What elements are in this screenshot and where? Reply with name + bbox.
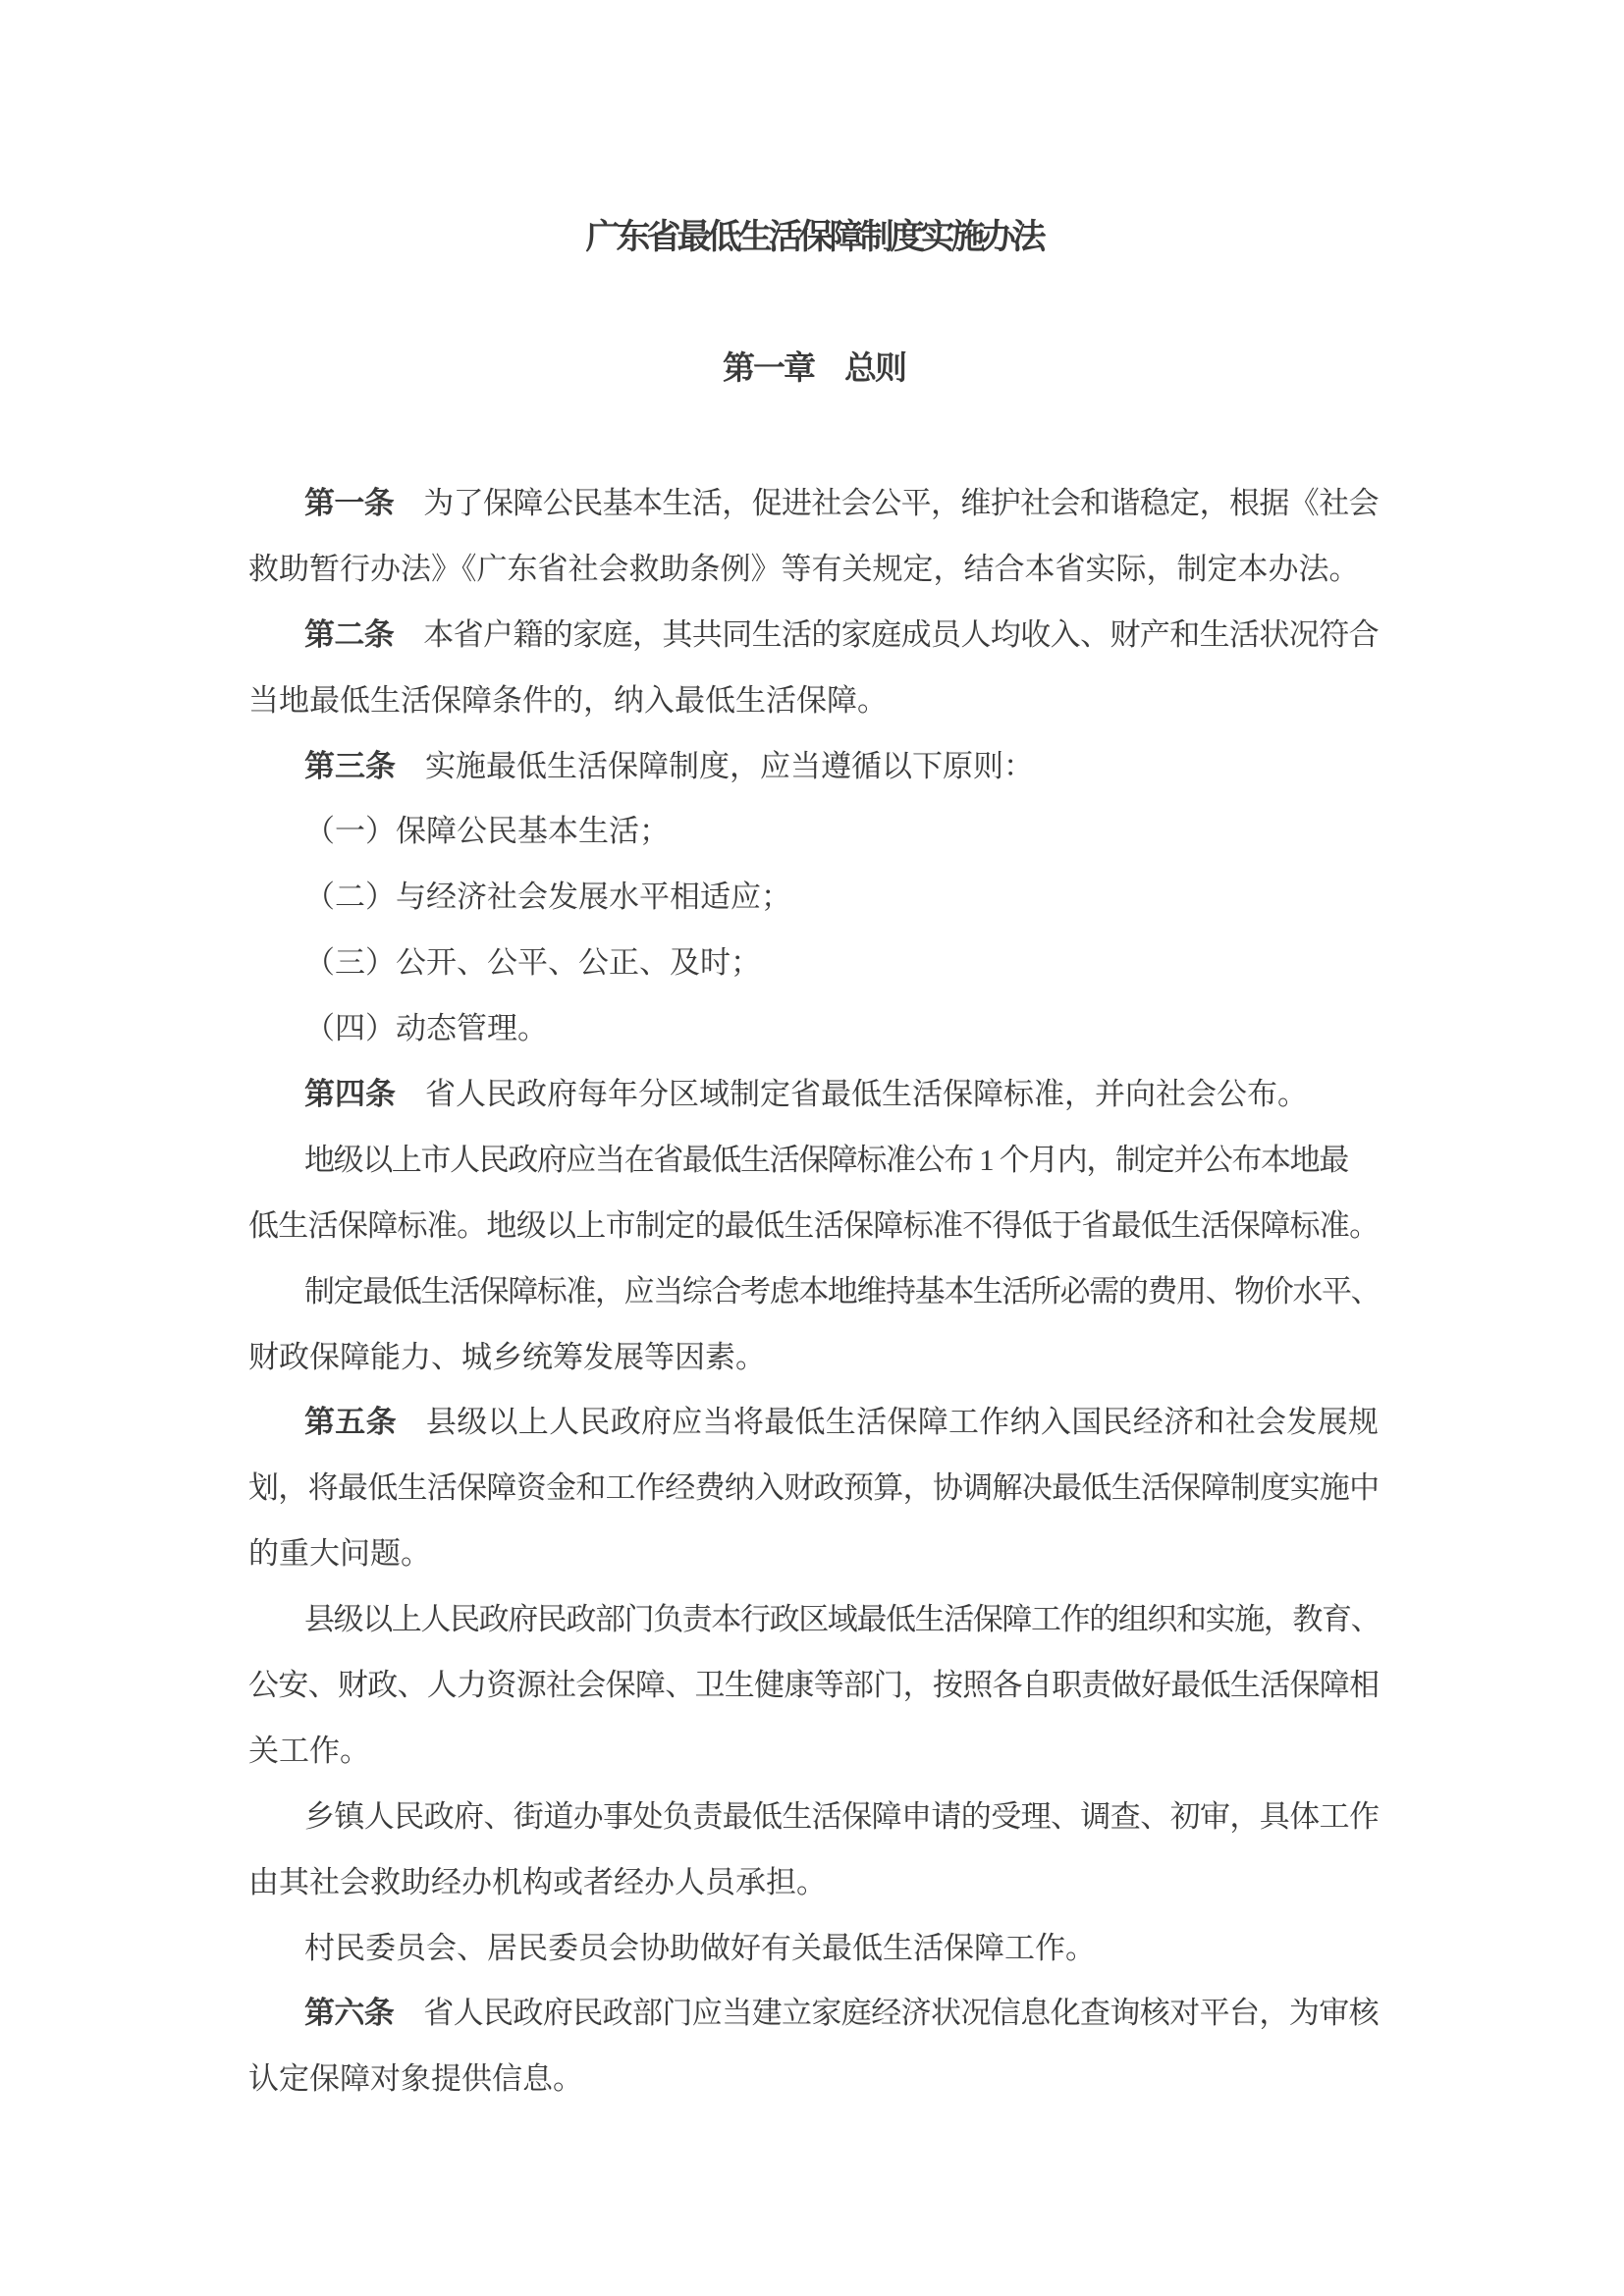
line-text: （四）动态管理。 xyxy=(304,1011,548,1045)
line-text: 实施最低生活保障制度，应当遵循以下原则： xyxy=(425,749,1034,783)
line-text: 省人民政府每年分区域制定省最低生活保障标准，并向社会公布。 xyxy=(425,1077,1308,1111)
line-text: （一）保障公民基本生活； xyxy=(304,814,670,848)
line-text: 村民委员会、居民委员会协助做好有关最低生活保障工作。 xyxy=(304,1931,1096,1965)
body-line: 财政保障能力、城乡统筹发展等因素。 xyxy=(248,1325,1380,1391)
line-text: 省人民政府民政部门应当建立家庭经济状况信息化查询核对平台，为审核 xyxy=(423,1996,1379,2030)
body-line: 关工作。 xyxy=(248,1719,1380,1785)
body-line: （四）动态管理。 xyxy=(248,996,1380,1062)
line-text: 县级以上人民政府应当将最低生活保障工作纳入国民经济和社会发展规 xyxy=(426,1405,1379,1439)
line-text: 的重大问题。 xyxy=(248,1536,431,1571)
article-number: 第三条 xyxy=(304,749,396,783)
line-text: 关工作。 xyxy=(248,1734,370,1768)
document-title: 广东省最低生活保障制度实施办法 xyxy=(248,214,1380,261)
line-text: 地级以上市人民政府应当在省最低生活保障标准公布 1 个月内，制定并公布本地最 xyxy=(304,1143,1348,1177)
line-text: 低生活保障标准。地级以上市制定的最低生活保障标准不得低于省最低生活保障标准。 xyxy=(248,1208,1379,1243)
body-line: 当地最低生活保障条件的，纳入最低生活保障。 xyxy=(248,668,1380,734)
line-text: 划，将最低生活保障资金和工作经费纳入财政预算，协调解决最低生活保障制度实施中 xyxy=(248,1470,1379,1505)
article-number: 第一条 xyxy=(304,486,394,520)
body-line: 第二条本省户籍的家庭，其共同生活的家庭成员人均收入、财产和生活状况符合 xyxy=(248,603,1380,668)
body-line: 低生活保障标准。地级以上市制定的最低生活保障标准不得低于省最低生活保障标准。 xyxy=(248,1194,1380,1259)
body-line: 第四条省人民政府每年分区域制定省最低生活保障标准，并向社会公布。 xyxy=(248,1062,1380,1128)
line-text: 制定最低生活保障标准，应当综合考虑本地维持基本生活所必需的费用、物价水平、 xyxy=(304,1274,1380,1308)
line-text: 为了保障公民基本生活，促进社会公平，维护社会和谐稳定，根据《社会 xyxy=(423,486,1379,520)
body-line: 制定最低生活保障标准，应当综合考虑本地维持基本生活所必需的费用、物价水平、 xyxy=(248,1259,1380,1325)
chapter-heading: 第一章 总则 xyxy=(248,347,1380,392)
line-text: 救助暂行办法》《广东省社会救助条例》等有关规定，结合本省实际，制定本办法。 xyxy=(248,552,1360,586)
body-line: 公安、财政、人力资源社会保障、卫生健康等部门，按照各自职责做好最低生活保障相 xyxy=(248,1653,1380,1719)
document-body: 第一条为了保障公民基本生活，促进社会公平，维护社会和谐稳定，根据《社会 救助暂行… xyxy=(248,471,1380,2112)
body-line: （三）公开、公平、公正、及时； xyxy=(248,931,1380,996)
body-line: 救助暂行办法》《广东省社会救助条例》等有关规定，结合本省实际，制定本办法。 xyxy=(248,537,1380,603)
body-line: 的重大问题。 xyxy=(248,1522,1380,1587)
article-number: 第二条 xyxy=(304,617,394,652)
line-text: 由其社会救助经办机构或者经办人员承担。 xyxy=(248,1865,827,1899)
article-number: 第六条 xyxy=(304,1996,394,2030)
body-line: （一）保障公民基本生活； xyxy=(248,799,1380,865)
line-text: 公安、财政、人力资源社会保障、卫生健康等部门，按照各自职责做好最低生活保障相 xyxy=(248,1668,1379,1702)
line-text: （二）与经济社会发展水平相适应； xyxy=(304,880,791,914)
article-number: 第四条 xyxy=(304,1077,396,1111)
body-line: 划，将最低生活保障资金和工作经费纳入财政预算，协调解决最低生活保障制度实施中 xyxy=(248,1456,1380,1522)
line-text: 县级以上人民政府民政部门负责本行政区域最低生活保障工作的组织和实施，教育、 xyxy=(304,1602,1380,1636)
body-line: 地级以上市人民政府应当在省最低生活保障标准公布 1 个月内，制定并公布本地最 xyxy=(248,1128,1380,1194)
body-line: 第六条省人民政府民政部门应当建立家庭经济状况信息化查询核对平台，为审核 xyxy=(248,1981,1380,2047)
line-text: （三）公开、公平、公正、及时； xyxy=(304,945,761,980)
body-line: 第一条为了保障公民基本生活，促进社会公平，维护社会和谐稳定，根据《社会 xyxy=(248,471,1380,537)
line-text: 财政保障能力、城乡统筹发展等因素。 xyxy=(248,1340,766,1374)
body-line: （二）与经济社会发展水平相适应； xyxy=(248,865,1380,931)
line-text: 乡镇人民政府、街道办事处负责最低生活保障申请的受理、调查、初审，具体工作 xyxy=(304,1799,1379,1834)
document-page: 广东省最低生活保障制度实施办法 第一章 总则 第一条为了保障公民基本生活，促进社… xyxy=(0,0,1624,2296)
body-line: 县级以上人民政府民政部门负责本行政区域最低生活保障工作的组织和实施，教育、 xyxy=(248,1587,1380,1653)
body-line: 村民委员会、居民委员会协助做好有关最低生活保障工作。 xyxy=(248,1916,1380,1982)
body-line: 由其社会救助经办机构或者经办人员承担。 xyxy=(248,1850,1380,1916)
line-text: 认定保障对象提供信息。 xyxy=(248,2061,583,2096)
body-line: 乡镇人民政府、街道办事处负责最低生活保障申请的受理、调查、初审，具体工作 xyxy=(248,1785,1380,1850)
body-line: 认定保障对象提供信息。 xyxy=(248,2047,1380,2112)
body-line: 第五条县级以上人民政府应当将最低生活保障工作纳入国民经济和社会发展规 xyxy=(248,1390,1380,1456)
line-text: 当地最低生活保障条件的，纳入最低生活保障。 xyxy=(248,683,888,718)
article-number: 第五条 xyxy=(304,1405,397,1439)
line-text: 本省户籍的家庭，其共同生活的家庭成员人均收入、财产和生活状况符合 xyxy=(423,617,1379,652)
body-line: 第三条实施最低生活保障制度，应当遵循以下原则： xyxy=(248,734,1380,800)
